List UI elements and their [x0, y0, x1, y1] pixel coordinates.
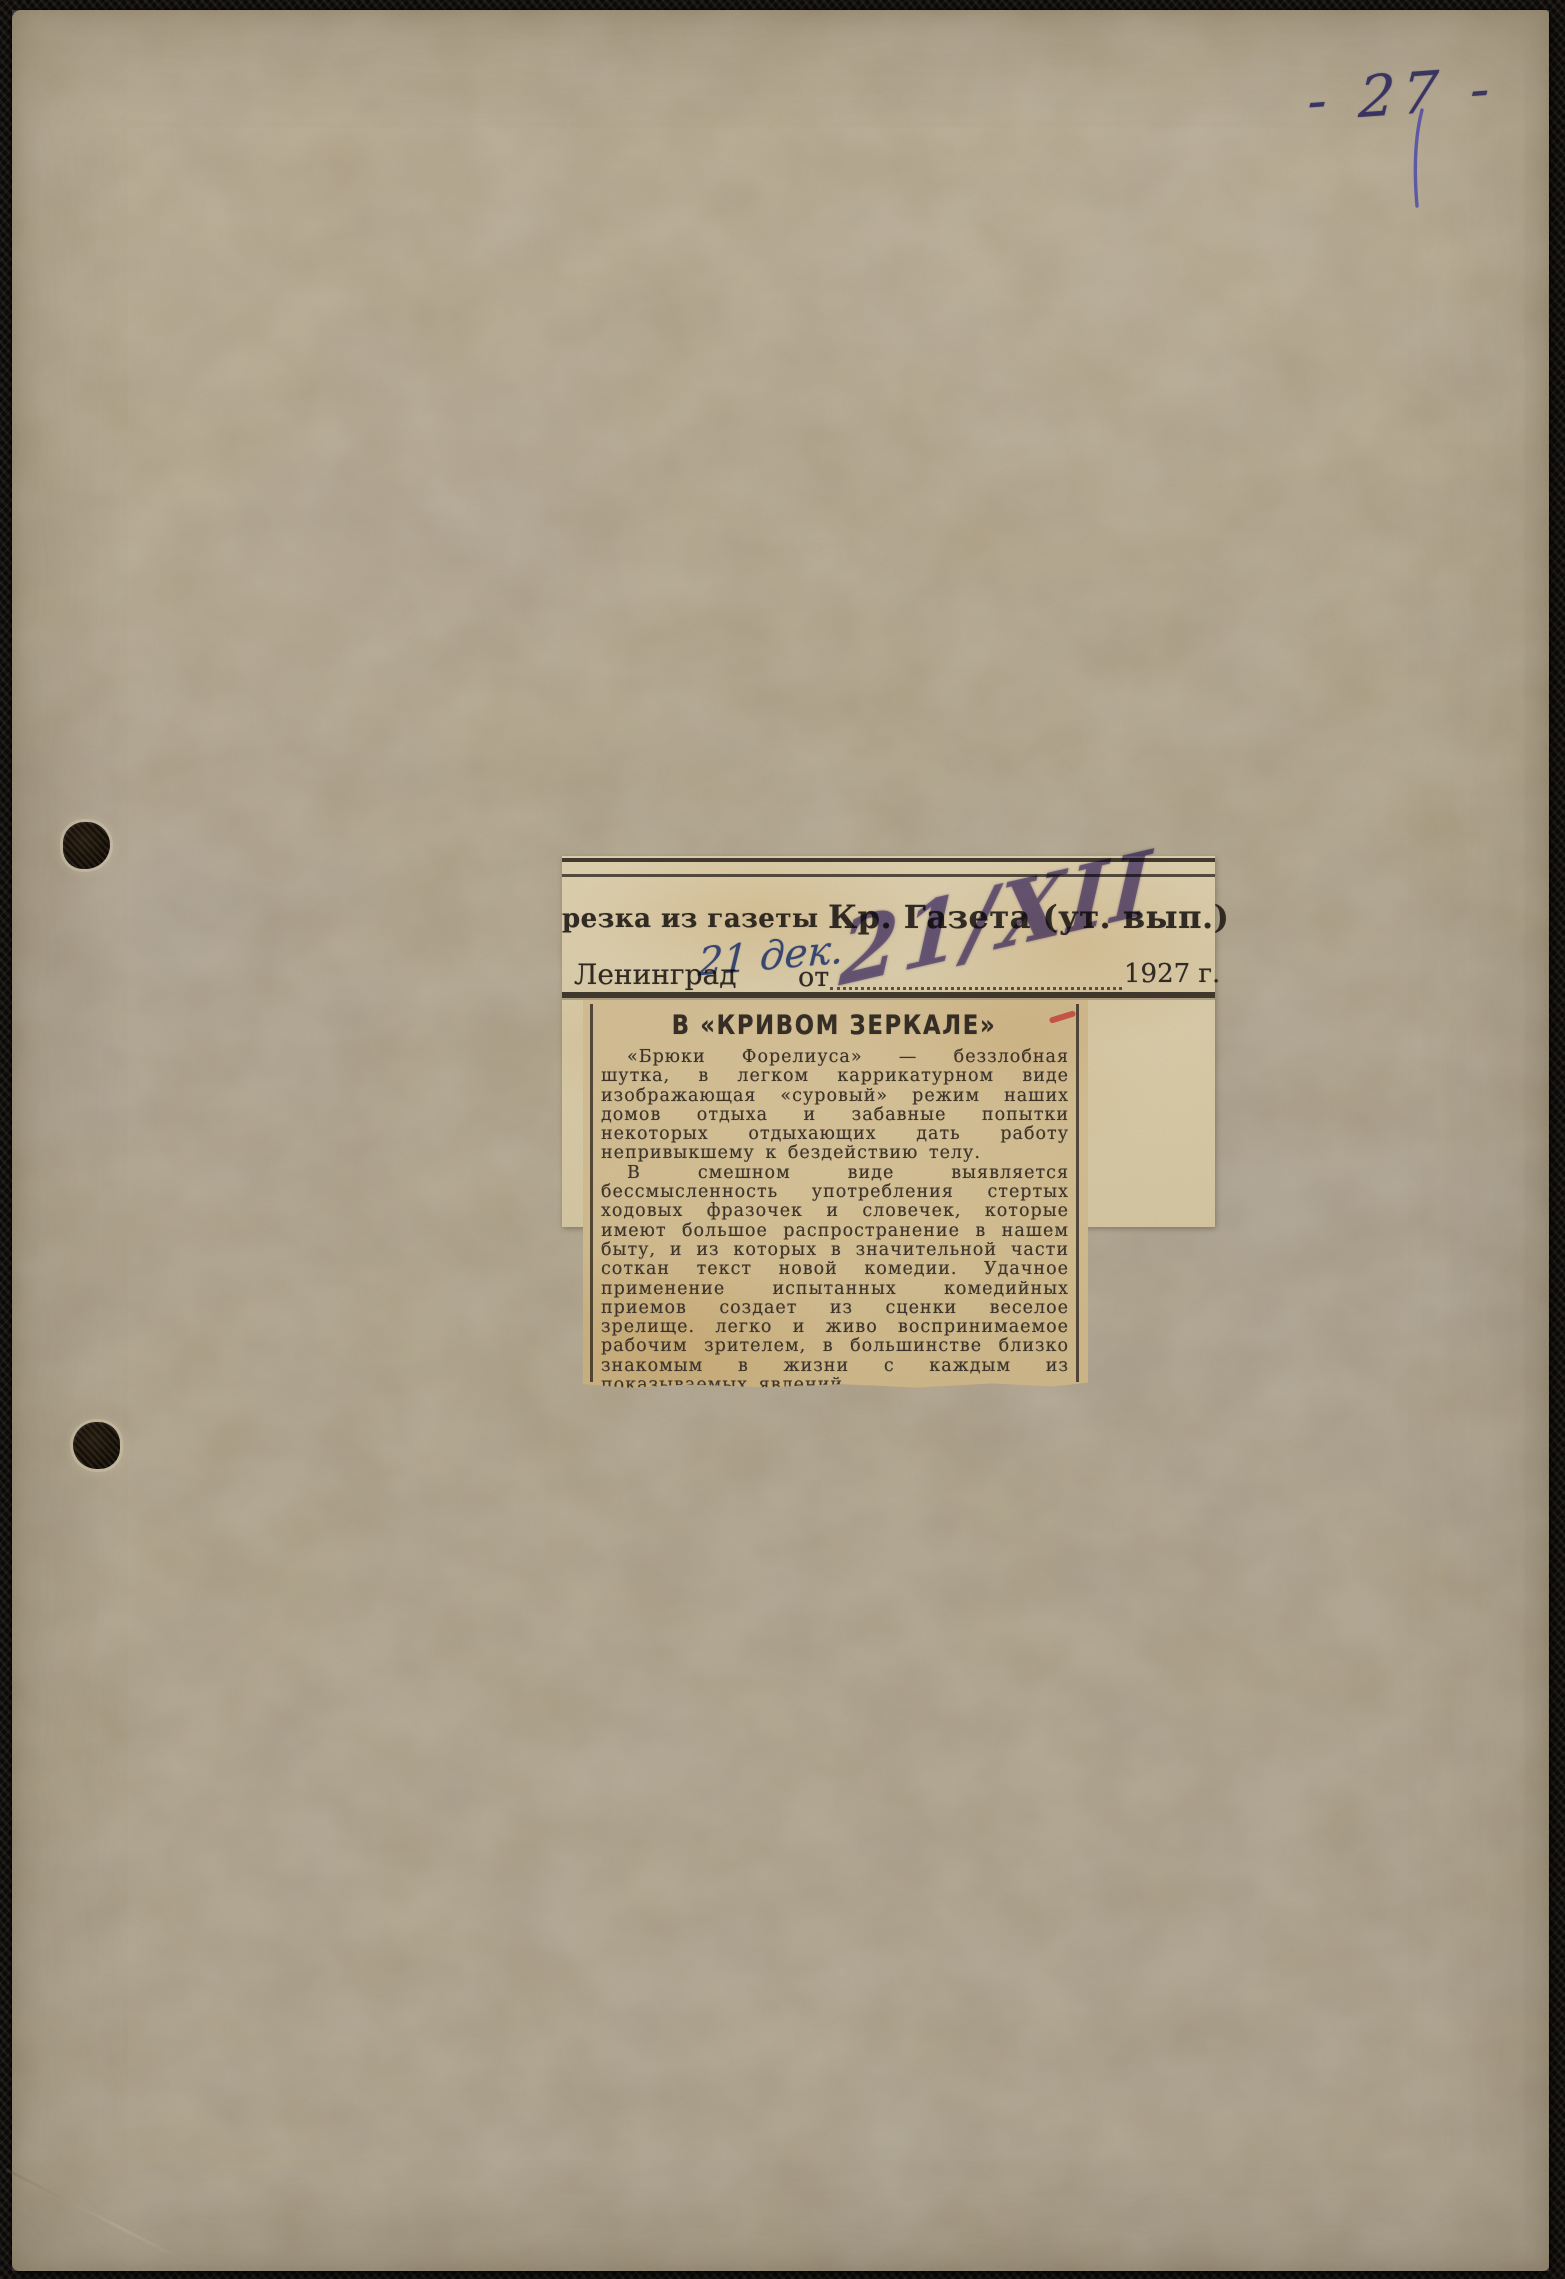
clipping-right-rule — [1076, 1004, 1079, 1382]
article-paragraph: В смешном виде выявляется бессмысленност… — [601, 1164, 1069, 1396]
archival-scan: - 27 - резка из газеты Кр. Газета (ут. в… — [0, 0, 1565, 2279]
news-clipping: В «КРИВОМ ЗЕРКАЛЕ» «Брюки Форелиуса» — б… — [583, 1000, 1088, 1388]
article-title: В «КРИВОМ ЗЕРКАЛЕ» — [637, 1010, 1032, 1041]
form-year-label: 1927 г. — [1124, 959, 1220, 989]
form-source-label: резка из газеты — [562, 904, 819, 934]
red-pen-mark — [1049, 1010, 1077, 1024]
page-number-flourish — [1408, 108, 1430, 210]
punch-hole-bottom — [73, 1422, 120, 1469]
article-paragraph: «Брюки Форелиуса» — беззлобная шутка, в … — [601, 1048, 1069, 1164]
clipping-left-rule — [590, 1004, 593, 1382]
